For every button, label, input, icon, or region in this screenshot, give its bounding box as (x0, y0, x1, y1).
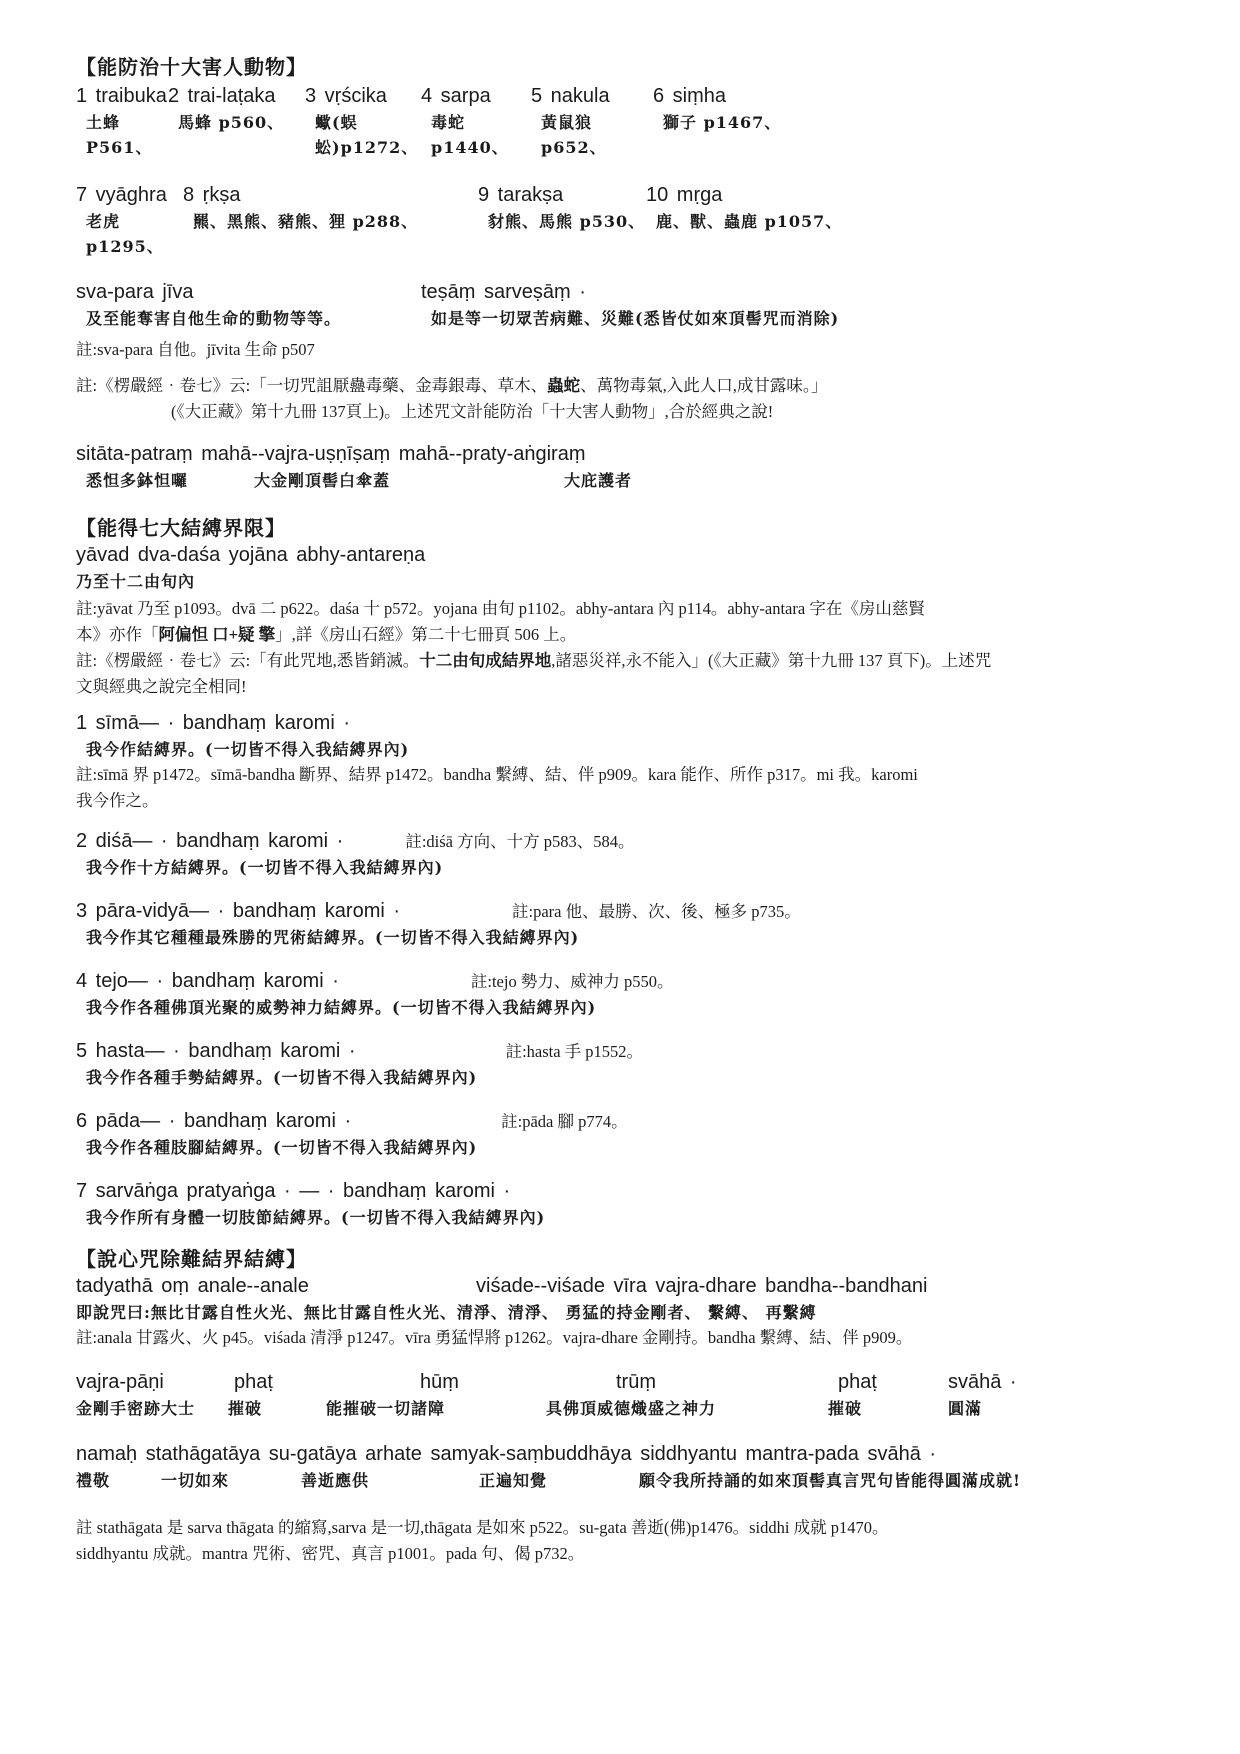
binding-note-line2: 我今作之。 (76, 788, 1170, 814)
section2-header: 【能得七大結縛界限】 (76, 515, 1170, 542)
quote-text: 註:《楞嚴經‧卷七》云:「有此咒地,悉皆銷滅。 (76, 651, 419, 670)
binding-note: 註:tejo 勢力、威神力 p550。 (471, 972, 674, 991)
animal-term: 2 trai-laṭaka (168, 83, 305, 110)
note-yavat-line1: 註:yāvat 乃至 p1093。dvā 二 p622。daśa 十 p572。… (76, 596, 1170, 622)
binding-note: 註:diśā 方向、十方 p583、584。 (405, 832, 634, 851)
section1-header: 【能防治十大害人動物】 (76, 54, 1170, 81)
note-stathagata-line1: 註 stathāgata 是 sarva thāgata 的縮寫,sarva 是… (76, 1515, 1170, 1541)
animal-term: 7 vyāghra (76, 182, 183, 209)
note-surangama-quote2: 註:《楞嚴經‧卷七》云:「有此咒地,悉皆銷滅。十二由旬成結界地,諸惡災祥,永不能… (76, 648, 1170, 674)
animal-term: 10 mṛga (646, 182, 906, 209)
animal-gloss: 馬蜂 p560、 (168, 110, 305, 160)
mantra-term: phaṭ (838, 1369, 948, 1396)
quote-text: 、萬物毒氣,入此人口,成甘露味。」 (580, 376, 828, 395)
mantra-gloss: 一切如來 (161, 1468, 301, 1493)
mantra-gloss: 摧破 (828, 1396, 948, 1421)
mantra-gloss: 如是等一切眾苦病難、災難(悉皆仗如來頂髻咒而消除) (421, 306, 839, 331)
note-yavat-line2: 本》亦作「阿偏怛 口+疑 擎」,詳《房山石經》第二十七冊頁 506 上。 (76, 622, 1170, 648)
note-surangama-quote1-line2: (《大正藏》第十九冊 137頁上)。上述咒文計能防治「十大害人動物」,合於經典之… (76, 399, 1170, 425)
animal-term: 3 vṛścika (305, 83, 421, 110)
binding-mantra: 4 tejo— · bandhaṃ karomi · (76, 970, 339, 992)
binding-mantra: 3 pāra-vidyā— · bandhaṃ karomi · (76, 900, 400, 922)
binding-gloss: 我今作各種肢腳結縛界。(一切皆不得入我結縛界內) (76, 1135, 1170, 1160)
mantra-gloss: 正遍知覺 (479, 1468, 639, 1493)
binding-note: 註:sīmā 界 p1472。sīmā-bandha 斷界、結界 p1472。b… (76, 762, 1170, 788)
mantra-term: viśade--viśade vīra vajra-dhare bandha--… (476, 1273, 927, 1300)
animal-term: 4 sarpa (421, 83, 531, 110)
note-anala: 註:anala 甘露火、火 p45。viśada 清淨 p1247。vīra 勇… (76, 1325, 1170, 1351)
binding-note: 註:para 他、最勝、次、後、極多 p735。 (512, 902, 801, 921)
mantra-gloss: 金剛手密跡大士 (76, 1396, 228, 1421)
mantra-gloss: 大金剛頂髻白傘蓋 (254, 468, 564, 493)
binding-gloss: 我今作十方結縛界。(一切皆不得入我結縛界內) (76, 855, 1170, 880)
tadyatha-sanskrit-row: tadyathā oṃ anale--anale viśade--viśade … (76, 1273, 1170, 1300)
yavad-mantra: yāvad dva-daśa yojāna abhy-antareṇa (76, 542, 1170, 569)
sitatapatra-mantra: sitāta-patraṃ mahā--vajra-uṣṇīṣaṃ mahā--… (76, 441, 1170, 468)
mantra-gloss: 及至能奪害自他生命的動物等等。 (76, 306, 421, 331)
binding-item-5: 5 hasta— · bandhaṃ karomi ·註:hasta 手 p15… (76, 1038, 1170, 1090)
animal-term: 6 siṃha (653, 83, 793, 110)
mantra-gloss: 大庇護者 (564, 468, 632, 493)
note-text: 」,詳《房山石經》第二十七冊頁 506 上。 (275, 625, 576, 644)
animal-gloss: 獅子 p1467、 (653, 110, 793, 160)
animal-term: 1 traibuka (76, 83, 168, 110)
animal-gloss: 老虎 p1295、 (76, 209, 183, 259)
animal-gloss: 蠍(蜈蚣)p1272、 (305, 110, 421, 160)
namah-gloss-row: 禮敬 一切如來 善逝應供 正遍知覺 願令我所持誦的如來頂髻真言咒句皆能得圓滿成就… (76, 1468, 1170, 1493)
animal-term: 8 ṛkṣa (183, 182, 478, 209)
animal-term: 9 tarakṣa (478, 182, 646, 209)
animals-row2-gloss: 老虎 p1295、 羆、黑熊、豬熊、狸 p288、 豺熊、馬熊 p530、 鹿、… (76, 209, 1170, 259)
mantra-term: phaṭ (234, 1369, 420, 1396)
section3-header: 【說心咒除難結界結縛】 (76, 1246, 1170, 1273)
binding-item-3: 3 pāra-vidyā— · bandhaṃ karomi ·註:para 他… (76, 898, 1170, 950)
mantra-gloss: 圓滿 (948, 1396, 1068, 1421)
binding-gloss: 我今作各種手勢結縛界。(一切皆不得入我結縛界內) (76, 1065, 1170, 1090)
vajrapani-gloss-row: 金剛手密跡大士 摧破 能摧破一切諸障 具佛頂威德熾盛之神力 摧破 圓滿 (76, 1396, 1170, 1421)
binding-item-6: 6 pāda— · bandhaṃ karomi ·註:pāda 腳 p774。… (76, 1108, 1170, 1160)
svapara-gloss-row: 及至能奪害自他生命的動物等等。 如是等一切眾苦病難、災難(悉皆仗如來頂髻咒而消除… (76, 306, 1170, 331)
mantra-term: teṣāṃ sarveṣāṃ · (421, 279, 586, 306)
note-surangama-quote2-line2: 文與經典之說完全相同! (76, 674, 1170, 700)
binding-gloss: 我今作其它種種最殊勝的咒術結縛界。(一切皆不得入我結縛界內) (76, 925, 1170, 950)
mantra-gloss: 善逝應供 (301, 1468, 479, 1493)
svapara-sanskrit-row: sva-para jīva teṣāṃ sarveṣāṃ · (76, 279, 1170, 306)
mantra-term: sva-para jīva (76, 279, 421, 306)
binding-gloss: 我今作所有身體一切肢節結縛界。(一切皆不得入我結縛界內) (76, 1205, 1170, 1230)
mantra-gloss: 悉怛多鉢怛囉 (76, 468, 254, 493)
animal-gloss: 豺熊、馬熊 p530、 (478, 209, 646, 259)
quote-text: 註:《楞嚴經‧卷七》云:「一切咒詛厭蠱毒藥、金毒銀毒、草木、 (76, 376, 547, 395)
animal-gloss: 土蜂 P561、 (76, 110, 168, 160)
vajrapani-sanskrit-row: vajra-pāṇi phaṭ hūṃ trūṃ phaṭ svāhā · (76, 1369, 1170, 1396)
animals-row1-sanskrit: 1 traibuka 2 trai-laṭaka 3 vṛścika 4 sar… (76, 83, 1170, 110)
quote-bold-text: 十二由旬成結界地 (419, 651, 551, 670)
binding-note: 註:hasta 手 p1552。 (506, 1042, 644, 1061)
mantra-term: svāhā · (948, 1369, 1068, 1396)
binding-item-4: 4 tejo— · bandhaṃ karomi ·註:tejo 勢力、威神力 … (76, 968, 1170, 1020)
mantra-term: vajra-pāṇi (76, 1369, 234, 1396)
note-text: 本》亦作「 (76, 625, 159, 644)
mantra-gloss: 禮敬 (76, 1468, 161, 1493)
namah-mantra: namaḥ stathāgatāya su-gatāya arhate samy… (76, 1441, 1170, 1468)
animal-gloss: 毒蛇 p1440、 (421, 110, 531, 160)
animals-row1-gloss: 土蜂 P561、 馬蜂 p560、 蠍(蜈蚣)p1272、 毒蛇 p1440、 … (76, 110, 1170, 160)
mantra-term: tadyathā oṃ anale--anale (76, 1273, 476, 1300)
note-surangama-quote1: 註:《楞嚴經‧卷七》云:「一切咒詛厭蠱毒藥、金毒銀毒、草木、蟲蛇、萬物毒氣,入此… (76, 373, 1170, 399)
mantra-gloss: 摧破 (228, 1396, 326, 1421)
binding-item-2: 2 diśā— · bandhaṃ karomi ·註:diśā 方向、十方 p… (76, 828, 1170, 880)
animal-gloss: 黃鼠狼 p652、 (531, 110, 653, 160)
mantra-term: hūṃ (420, 1369, 616, 1396)
mantra-gloss: 具佛頂威德熾盛之神力 (546, 1396, 828, 1421)
binding-gloss: 我今作結縛界。(一切皆不得入我結縛界內) (76, 737, 1170, 762)
quote-bold-text: 蟲蛇 (547, 376, 580, 395)
binding-mantra: 5 hasta— · bandhaṃ karomi · (76, 1040, 356, 1062)
quote-text: ,諸惡災祥,永不能入」(《大正藏》第十九冊 137 頁下)。上述咒 (551, 651, 991, 670)
mantra-gloss: 願令我所持誦的如來頂髻真言咒句皆能得圓滿成就! (639, 1468, 1021, 1493)
mantra-term: trūṃ (616, 1369, 838, 1396)
binding-item-7: 7 sarvāṅga pratyaṅga · — · bandhaṃ karom… (76, 1178, 1170, 1230)
sitatapatra-gloss: 悉怛多鉢怛囉 大金剛頂髻白傘蓋 大庇護者 (76, 468, 1170, 493)
binding-note: 註:pāda 腳 p774。 (501, 1112, 627, 1131)
binding-mantra: 1 sīmā— · bandhaṃ karomi · (76, 710, 1170, 737)
tadyatha-gloss: 即說咒曰:無比甘露自性火光、無比甘露自性火光、清淨、清淨、 勇猛的持金剛者、 繫… (76, 1300, 1170, 1325)
note-bold-text: 阿偏怛 口+疑 擎 (159, 625, 276, 644)
binding-gloss: 我今作各種佛頂光聚的威勢神力結縛界。(一切皆不得入我結縛界內) (76, 995, 1170, 1020)
animal-gloss: 鹿、獸、蟲鹿 p1057、 (646, 209, 906, 259)
binding-mantra: 7 sarvāṅga pratyaṅga · — · bandhaṃ karom… (76, 1178, 1170, 1205)
animals-row2-sanskrit: 7 vyāghra 8 ṛkṣa 9 tarakṣa 10 mṛga (76, 182, 1170, 209)
mantra-gloss: 能摧破一切諸障 (326, 1396, 546, 1421)
document-page: 【能防治十大害人動物】 1 traibuka 2 trai-laṭaka 3 v… (0, 0, 1240, 1754)
binding-mantra: 2 diśā— · bandhaṃ karomi · (76, 830, 343, 852)
note-stathagata-line2: siddhyantu 成就。mantra 咒術、密咒、真言 p1001。pada… (76, 1541, 1170, 1567)
note-svapara: 註:sva-para 自他。jīvita 生命 p507 (76, 337, 1170, 363)
animal-gloss: 羆、黑熊、豬熊、狸 p288、 (183, 209, 478, 259)
yavad-gloss: 乃至十二由旬內 (76, 569, 1170, 594)
binding-mantra: 6 pāda— · bandhaṃ karomi · (76, 1110, 351, 1132)
binding-item-1: 1 sīmā— · bandhaṃ karomi · 我今作結縛界。(一切皆不得… (76, 710, 1170, 814)
animal-term: 5 nakula (531, 83, 653, 110)
